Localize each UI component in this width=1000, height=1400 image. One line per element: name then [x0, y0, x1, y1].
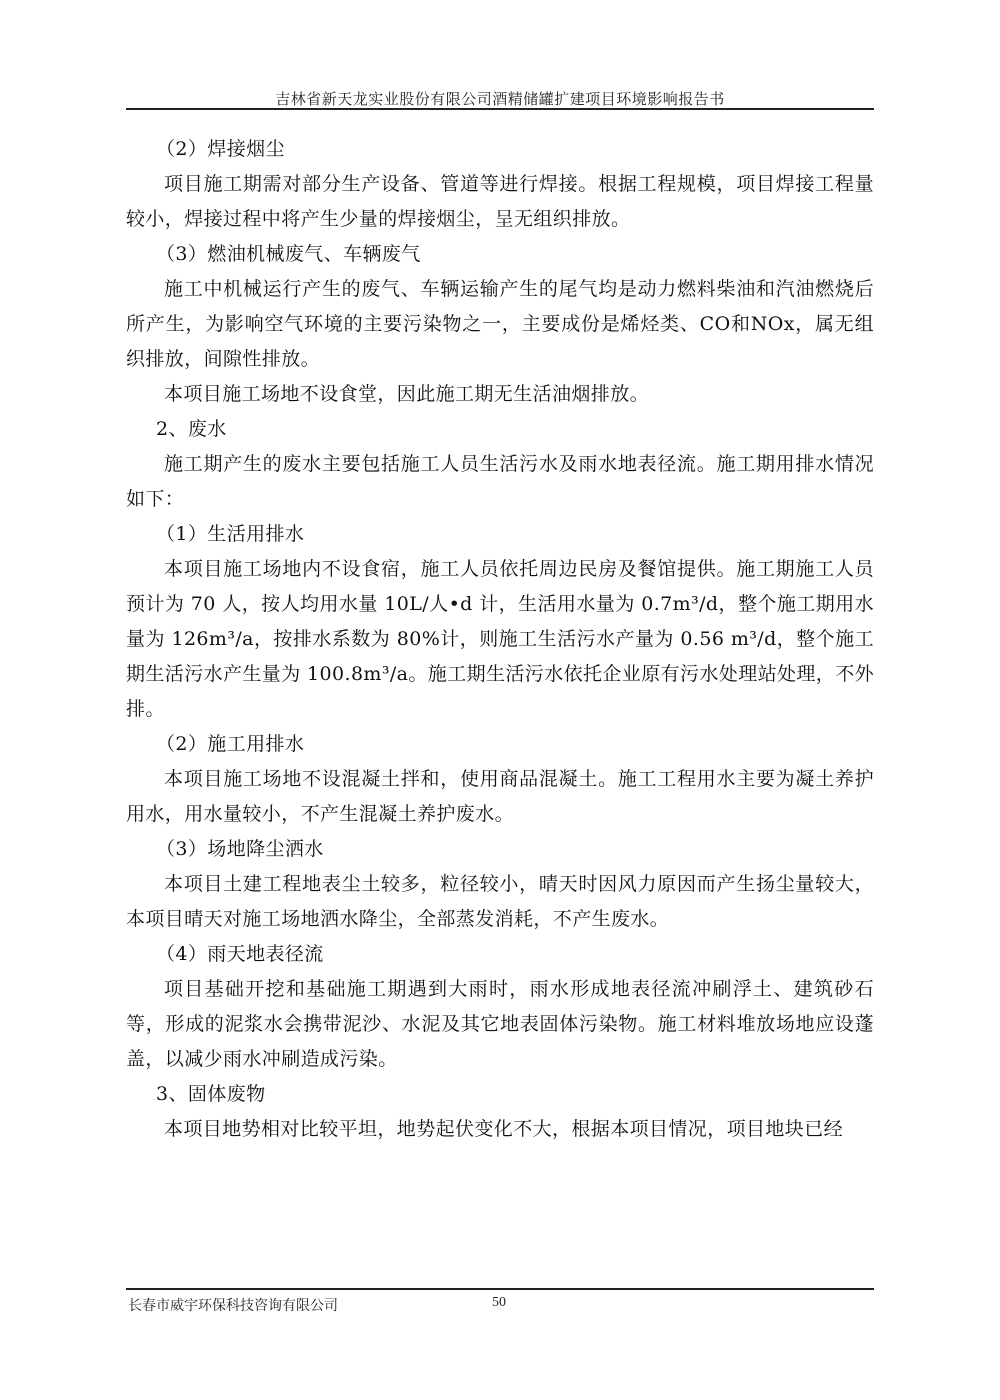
section-heading: （2）施工用排水	[126, 727, 874, 762]
section-heading: （4）雨天地表径流	[126, 937, 874, 972]
paragraph: 项目基础开挖和基础施工期遇到大雨时，雨水形成地表径流冲刷浮土、建筑砂石等，形成的…	[126, 972, 874, 1077]
footer-divider	[126, 1288, 874, 1290]
section-heading: （3）燃油机械废气、车辆废气	[126, 237, 874, 272]
paragraph: 本项目施工场地内不设食宿，施工人员依托周边民房及餐馆提供。施工期施工人员预计为 …	[126, 552, 874, 727]
paragraph: 本项目施工场地不设食堂，因此施工期无生活油烟排放。	[126, 377, 874, 412]
paragraph: 本项目施工场地不设混凝土拌和，使用商品混凝土。施工工程用水主要为凝土养护用水，用…	[126, 762, 874, 832]
paragraph: 施工中机械运行产生的废气、车辆运输产生的尾气均是动力燃料柴油和汽油燃烧后所产生，…	[126, 272, 874, 377]
paragraph: 本项目地势相对比较平坦，地势起伏变化不大，根据本项目情况，项目地块已经	[126, 1112, 874, 1147]
header-divider	[126, 108, 874, 110]
section-heading: （2）焊接烟尘	[126, 132, 874, 167]
page-body: （2）焊接烟尘 项目施工期需对部分生产设备、管道等进行焊接。根据工程规模，项目焊…	[126, 132, 874, 1147]
paragraph: 项目施工期需对部分生产设备、管道等进行焊接。根据工程规模，项目焊接工程量较小，焊…	[126, 167, 874, 237]
report-header-title: 吉林省新天龙实业股份有限公司酒精储罐扩建项目环境影响报告书	[125, 88, 875, 109]
page-number: 50	[492, 1295, 506, 1311]
paragraph: 施工期产生的废水主要包括施工人员生活污水及雨水地表径流。施工期用排水情况如下：	[126, 447, 874, 517]
paragraph: 本项目土建工程地表尘土较多，粒径较小，晴天时因风力原因而产生扬尘量较大，本项目晴…	[126, 867, 874, 937]
footer-company-name: 长春市威宇环保科技咨询有限公司	[128, 1295, 338, 1315]
section-heading: （3）场地降尘洒水	[126, 832, 874, 867]
section-heading: 2、废水	[126, 412, 874, 447]
section-heading: （1）生活用排水	[126, 517, 874, 552]
section-heading: 3、固体废物	[126, 1077, 874, 1112]
